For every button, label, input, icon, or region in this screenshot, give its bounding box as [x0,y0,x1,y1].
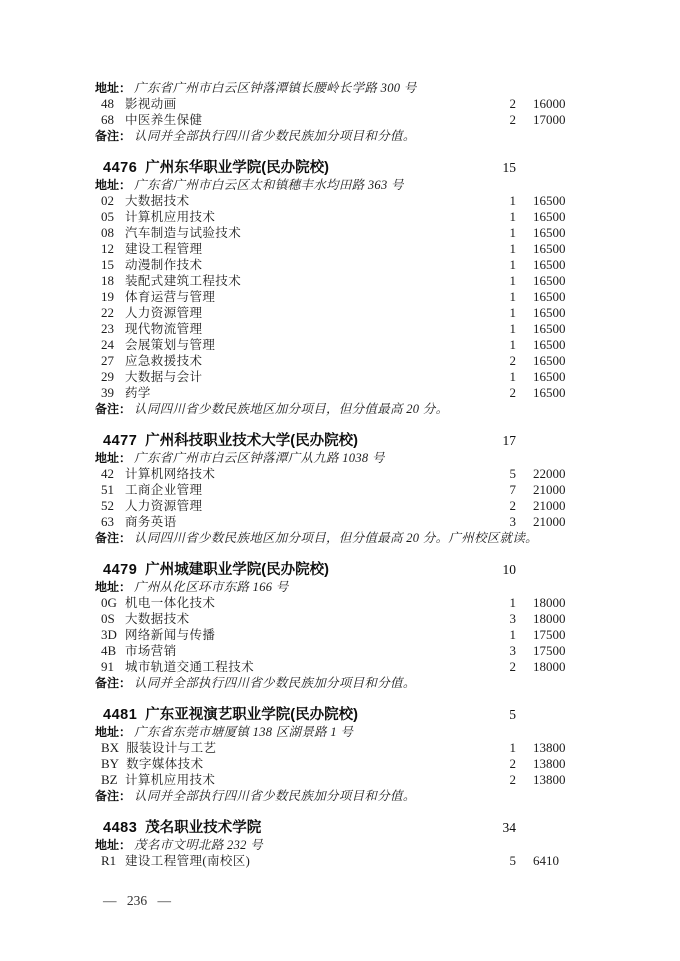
major-row: 48影视动画216000 [95,96,585,112]
address-text: 广东省广州市白云区钟落潭广从九路 1038 号 [134,451,385,465]
major-row: 4B市场营销317500 [95,643,585,659]
major-row: 18装配式建筑工程技术116500 [95,273,585,289]
address-label: 地址： [95,580,131,594]
major-count: 1 [95,305,516,321]
major-row: 0G机电一体化技术118000 [95,595,585,611]
note-row: 备注：认同四川省少数民族地区加分项目，但分值最高 20 分。 [95,401,585,417]
major-fee: 17500 [533,627,566,643]
note-text: 认同四川省少数民族地区加分项目，但分值最高 20 分。 [134,402,448,416]
address-label: 地址： [95,81,131,95]
major-row: 15动漫制作技术116500 [95,257,585,273]
major-fee: 16500 [533,289,566,305]
note-row: 备注：认同四川省少数民族地区加分项目，但分值最高 20 分。广州校区就读。 [95,530,585,546]
institution-total: 5 [95,706,516,724]
major-count: 2 [95,498,516,514]
major-row: 42计算机网络技术522000 [95,466,585,482]
major-row: 02大数据技术116500 [95,193,585,209]
major-row: 27应急救援技术216500 [95,353,585,369]
note-label: 备注： [95,129,131,143]
major-count: 1 [95,193,516,209]
address-text: 茂名市文明北路 232 号 [134,838,263,852]
major-count: 1 [95,289,516,305]
major-count: 1 [95,209,516,225]
address-row: 地址：广东省广州市白云区太和镇穗丰水均田路 363 号 [95,177,585,193]
address-row: 地址：广东省广州市白云区钟落潭镇长腰岭长学路 300 号 [95,80,585,96]
address-row: 地址：茂名市文明北路 232 号 [95,837,585,853]
major-count: 1 [95,273,516,289]
major-count: 3 [95,611,516,627]
address-label: 地址： [95,725,131,739]
note-text: 认同并全部执行四川省少数民族加分项目和分值。 [134,789,416,803]
institution-total: 15 [95,159,516,177]
address-text: 广东省广州市白云区太和镇穗丰水均田路 363 号 [134,178,404,192]
major-fee: 22000 [533,466,566,482]
major-row: 24会展策划与管理116500 [95,337,585,353]
major-fee: 21000 [533,514,566,530]
major-row: BX服装设计与工艺113800 [95,740,585,756]
institution-total: 10 [95,561,516,579]
major-row: 23现代物流管理116500 [95,321,585,337]
note-text: 认同并全部执行四川省少数民族加分项目和分值。 [134,676,416,690]
major-fee: 13800 [533,740,566,756]
major-count: 1 [95,225,516,241]
note-label: 备注： [95,402,131,416]
major-count: 2 [95,96,516,112]
address-text: 广东省东莞市塘厦镇 138 区湖景路 1 号 [134,725,353,739]
document-page: 地址：广东省广州市白云区钟落潭镇长腰岭长学路 300 号48影视动画216000… [0,0,680,961]
address-label: 地址： [95,178,131,192]
major-fee: 21000 [533,498,566,514]
major-fee: 16500 [533,241,566,257]
major-row: 52人力资源管理221000 [95,498,585,514]
major-row: 12建设工程管理116500 [95,241,585,257]
major-count: 2 [95,112,516,128]
major-row: 05计算机应用技术116500 [95,209,585,225]
major-count: 1 [95,627,516,643]
major-row: 08汽车制造与试验技术116500 [95,225,585,241]
major-count: 1 [95,369,516,385]
major-fee: 6410 [533,853,559,869]
major-count: 5 [95,466,516,482]
note-label: 备注： [95,676,131,690]
major-count: 1 [95,337,516,353]
major-row: R1建设工程管理(南校区)56410 [95,853,585,869]
note-row: 备注：认同并全部执行四川省少数民族加分项目和分值。 [95,788,585,804]
major-count: 1 [95,241,516,257]
address-label: 地址： [95,451,131,465]
major-count: 7 [95,482,516,498]
major-fee: 16500 [533,273,566,289]
major-count: 3 [95,643,516,659]
major-count: 2 [95,353,516,369]
major-count: 2 [95,659,516,675]
institution-total: 17 [95,432,516,450]
major-fee: 16500 [533,257,566,273]
note-text: 认同四川省少数民族地区加分项目，但分值最高 20 分。广州校区就读。 [134,531,538,545]
major-fee: 16500 [533,385,566,401]
major-row: 68中医养生保健217000 [95,112,585,128]
major-fee: 16000 [533,96,566,112]
major-fee: 16500 [533,225,566,241]
document-content: 地址：广东省广州市白云区钟落潭镇长腰岭长学路 300 号48影视动画216000… [95,80,585,869]
major-count: 1 [95,740,516,756]
page-footer: — 236 — [103,892,171,910]
major-fee: 17500 [533,643,566,659]
major-row: 51工商企业管理721000 [95,482,585,498]
note-row: 备注：认同并全部执行四川省少数民族加分项目和分值。 [95,128,585,144]
note-row: 备注：认同并全部执行四川省少数民族加分项目和分值。 [95,675,585,691]
major-row: 19体育运营与管理116500 [95,289,585,305]
institution-total: 34 [95,819,516,837]
institution-header: 4483茂名职业技术学院34 [95,819,585,837]
major-fee: 18000 [533,595,566,611]
major-row: 91城市轨道交通工程技术218000 [95,659,585,675]
major-fee: 16500 [533,321,566,337]
major-row: 22人力资源管理116500 [95,305,585,321]
major-fee: 18000 [533,659,566,675]
major-row: BY数字媒体技术213800 [95,756,585,772]
note-text: 认同并全部执行四川省少数民族加分项目和分值。 [134,129,416,143]
major-count: 1 [95,321,516,337]
major-count: 2 [95,385,516,401]
major-count: 5 [95,853,516,869]
major-row: BZ计算机应用技术213800 [95,772,585,788]
major-fee: 13800 [533,772,566,788]
address-label: 地址： [95,838,131,852]
major-fee: 16500 [533,209,566,225]
major-row: 39药学216500 [95,385,585,401]
major-fee: 13800 [533,756,566,772]
institution-header: 4481广东亚视演艺职业学院(民办院校)5 [95,706,585,724]
address-row: 地址：广东省东莞市塘厦镇 138 区湖景路 1 号 [95,724,585,740]
major-fee: 16500 [533,337,566,353]
address-row: 地址：广州从化区环市东路 166 号 [95,579,585,595]
major-count: 1 [95,595,516,611]
institution-header: 4479广州城建职业学院(民办院校)10 [95,561,585,579]
major-fee: 17000 [533,112,566,128]
major-fee: 16500 [533,193,566,209]
major-row: 0S大数据技术318000 [95,611,585,627]
institution-header: 4476广州东华职业学院(民办院校)15 [95,159,585,177]
address-row: 地址：广东省广州市白云区钟落潭广从九路 1038 号 [95,450,585,466]
major-fee: 16500 [533,369,566,385]
major-count: 3 [95,514,516,530]
major-fee: 16500 [533,353,566,369]
major-row: 29大数据与会计116500 [95,369,585,385]
major-fee: 18000 [533,611,566,627]
note-label: 备注： [95,789,131,803]
major-fee: 21000 [533,482,566,498]
address-text: 广东省广州市白云区钟落潭镇长腰岭长学路 300 号 [134,81,417,95]
major-row: 63商务英语321000 [95,514,585,530]
institution-header: 4477广州科技职业技术大学(民办院校)17 [95,432,585,450]
major-count: 2 [95,756,516,772]
major-count: 2 [95,772,516,788]
address-text: 广州从化区环市东路 166 号 [134,580,289,594]
major-fee: 16500 [533,305,566,321]
major-count: 1 [95,257,516,273]
major-row: 3D网络新闻与传播117500 [95,627,585,643]
note-label: 备注： [95,531,131,545]
